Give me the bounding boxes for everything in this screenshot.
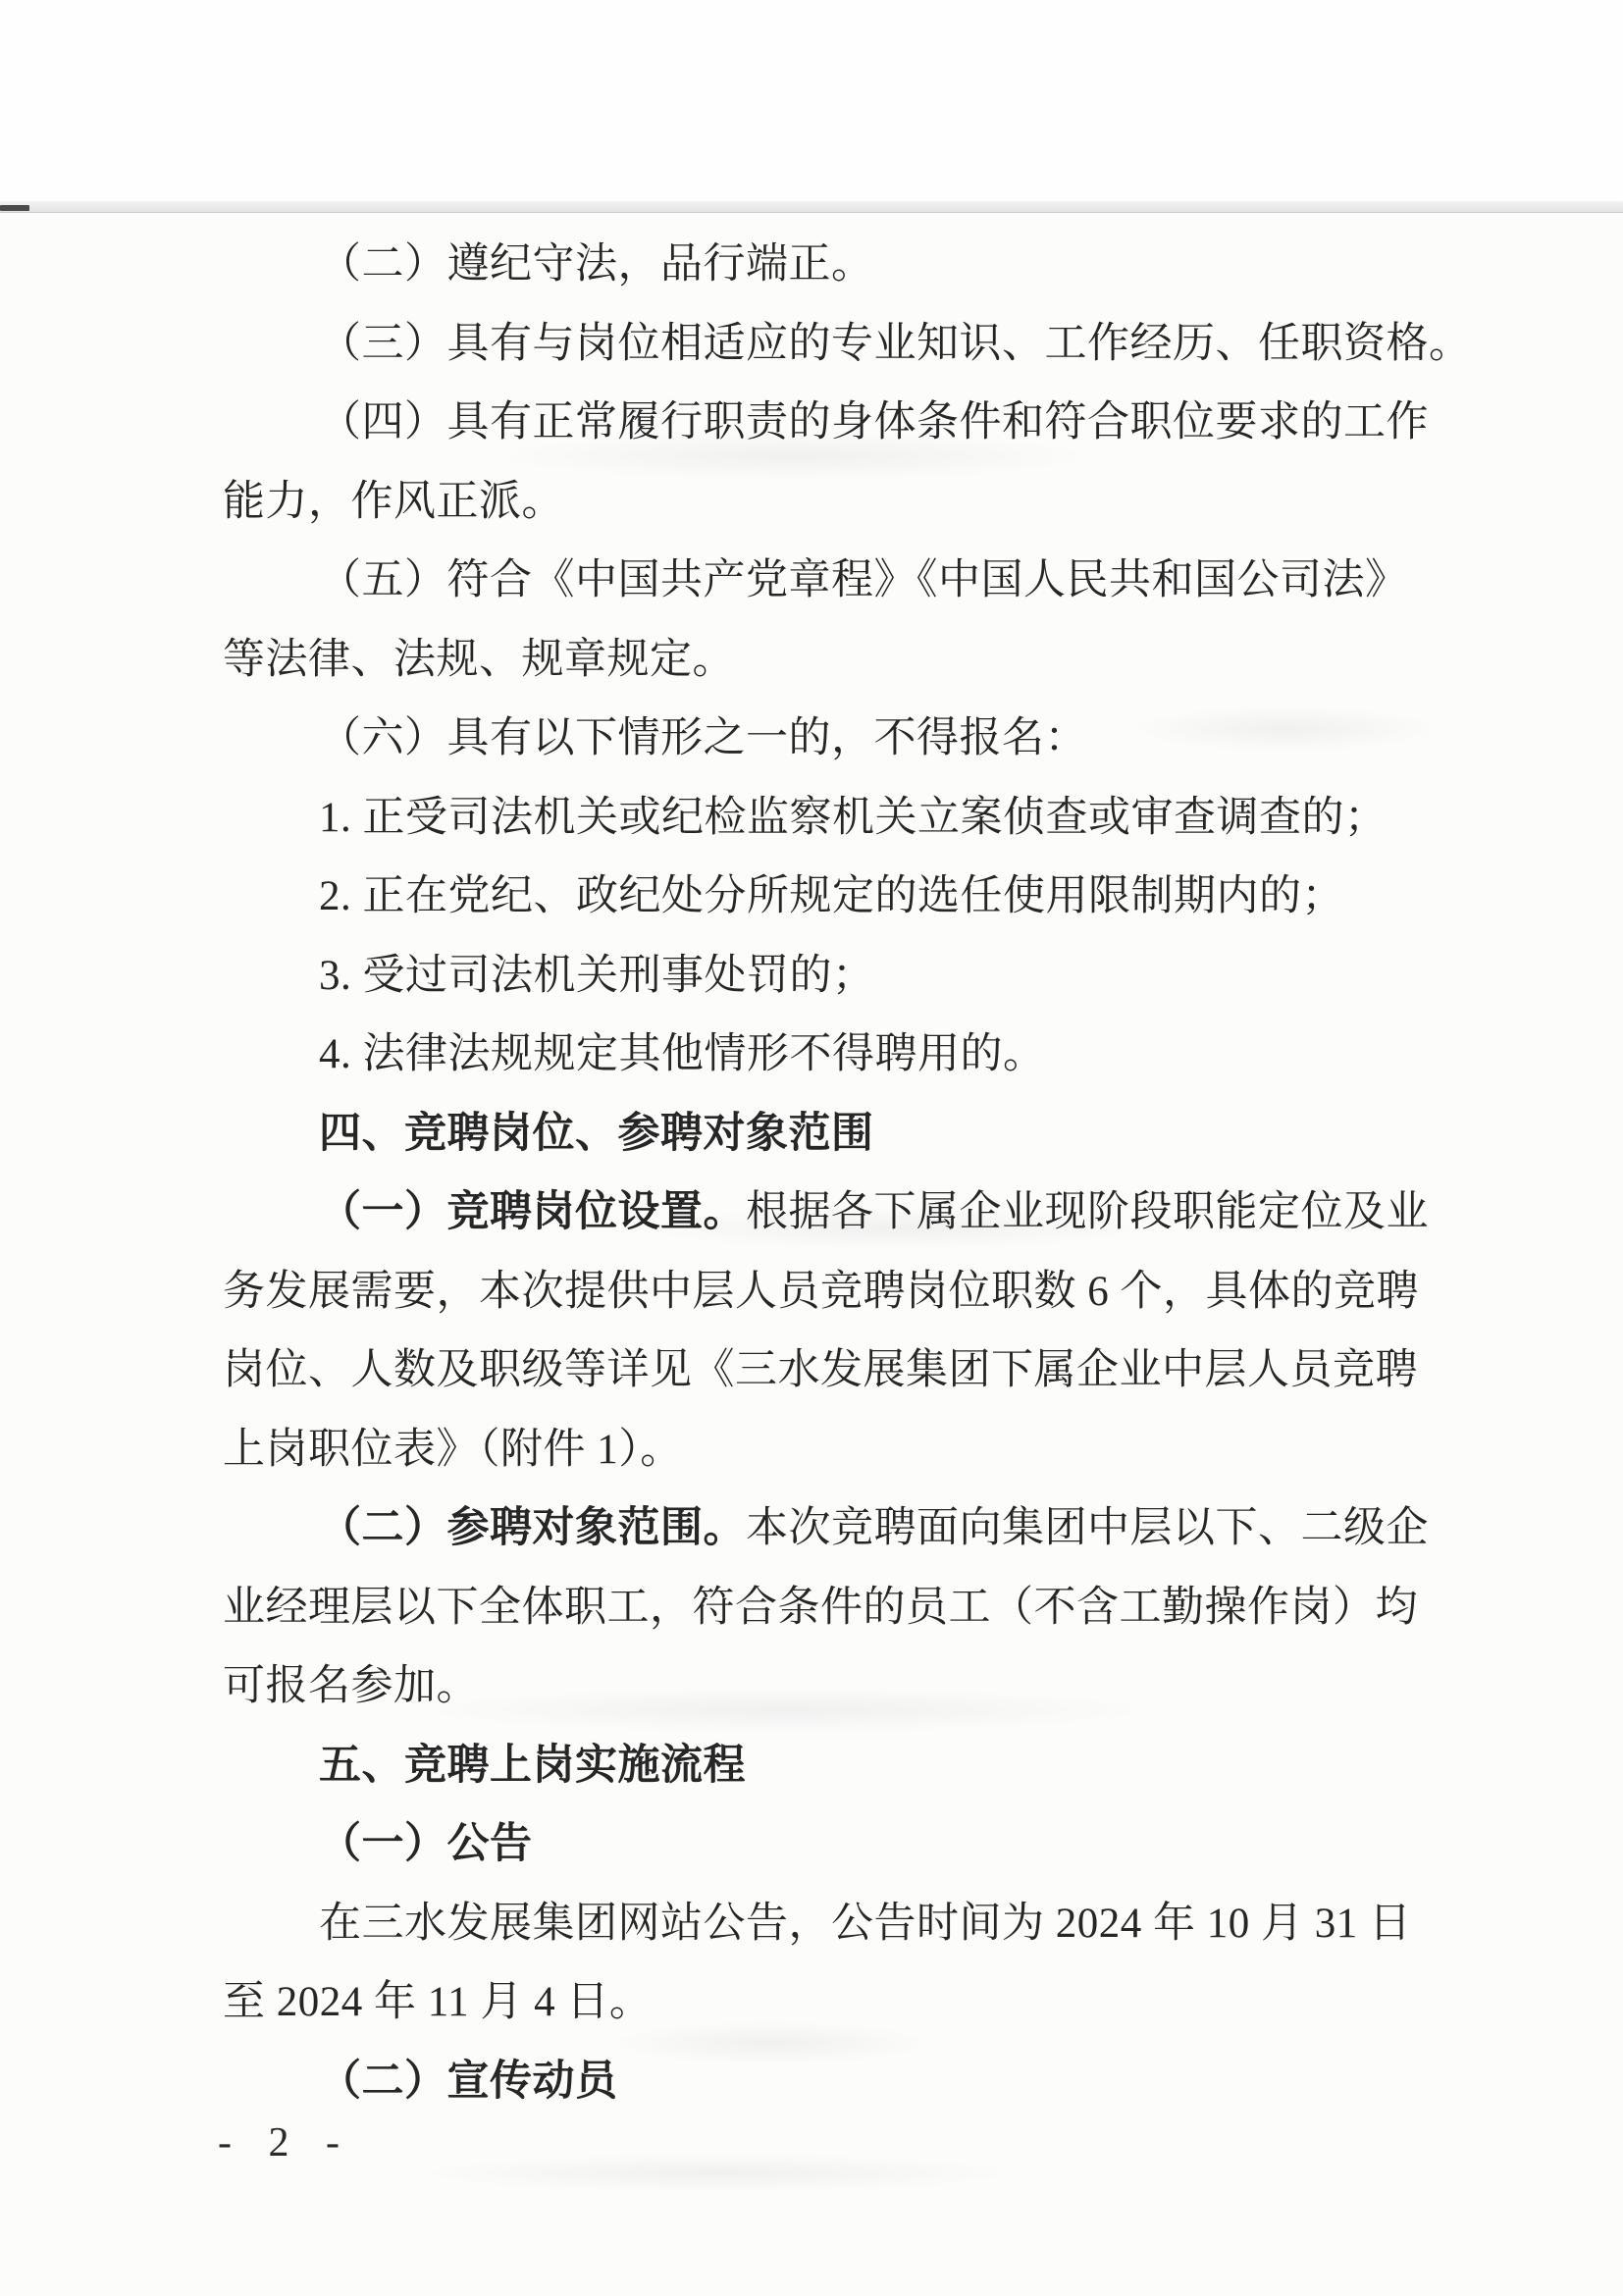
subsection-heading: （一）公告 <box>223 1805 1416 1885</box>
paragraph-line: 业经理层以下全体职工，符合条件的员工（不含工勤操作岗）均 <box>223 1569 1416 1648</box>
numbered-item-line: 3. 受过司法机关刑事处罚的； <box>223 937 1416 1017</box>
subsection-heading: （二）宣传动员 <box>223 2043 1416 2122</box>
paragraph-line: （三）具有与岗位相适应的专业知识、工作经历、任职资格。 <box>223 305 1416 385</box>
numbered-item-line: 1. 正受司法机关或纪检监察机关立案侦查或审查调查的； <box>223 779 1416 859</box>
paragraph-line: （六）具有以下情形之一的，不得报名： <box>223 700 1416 779</box>
paragraph-line: 可报名参加。 <box>223 1647 1416 1727</box>
paragraph-line: 等法律、法规、规章规定。 <box>223 621 1416 701</box>
paragraph-line: （五）符合《中国共产党章程》《中国人民共和国公司法》 <box>223 542 1416 621</box>
scanned-document-page: （二）遵纪守法，品行端正。 （三）具有与岗位相适应的专业知识、工作经历、任职资格… <box>0 0 1623 2296</box>
paragraph-line: 至 2024 年 11 月 4 日。 <box>223 1963 1416 2043</box>
numbered-item-line: 2. 正在党纪、政纪处分所规定的选任使用限制期内的； <box>223 858 1416 937</box>
scan-seam-band <box>0 201 1623 213</box>
paragraph-line: 能力，作风正派。 <box>223 463 1416 543</box>
paragraph-line: （四）具有正常履行职责的身体条件和符合职位要求的工作 <box>223 384 1416 463</box>
scan-seam-tick <box>0 205 29 211</box>
paragraph-line: （二）参聘对象范围。本次竞聘面向集团中层以下、二级企 <box>223 1489 1416 1569</box>
paragraph-line: （二）遵纪守法，品行端正。 <box>223 226 1416 305</box>
paragraph-line: 岗位、人数及职级等详见《三水发展集团下属企业中层人员竞聘 <box>223 1331 1416 1411</box>
page-number: - 2 - <box>218 2119 348 2166</box>
section-heading: 五、竞聘上岗实施流程 <box>223 1727 1416 1806</box>
paragraph-line: 在三水发展集团网站公告，公告时间为 2024 年 10 月 31 日 <box>223 1885 1416 1964</box>
numbered-item-line: 4. 法律法规规定其他情形不得聘用的。 <box>223 1016 1416 1095</box>
paragraph-line: （一）竞聘岗位设置。根据各下属企业现阶段职能定位及业 <box>223 1174 1416 1253</box>
scan-smudge <box>412 2154 1021 2193</box>
scan-top-strip <box>0 0 1623 201</box>
paragraph-line: 务发展需要，本次提供中层人员竞聘岗位职数 6 个，具体的竞聘 <box>223 1253 1416 1332</box>
section-heading: 四、竞聘岗位、参聘对象范围 <box>223 1095 1416 1174</box>
paragraph-line: 上岗职位表》（附件 1）。 <box>223 1411 1416 1490</box>
document-body: （二）遵纪守法，品行端正。 （三）具有与岗位相适应的专业知识、工作经历、任职资格… <box>223 226 1416 2121</box>
